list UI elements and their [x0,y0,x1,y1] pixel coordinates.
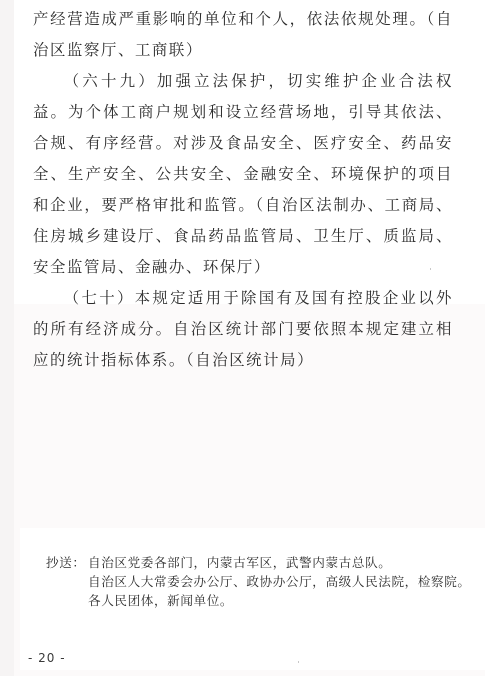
cc-line: 自治区党委各部门，内蒙古军区，武警内蒙古总队。 [88,553,471,572]
paragraph-continued: 产经营造成严重影响的单位和个人，依法依规处理。（自治区监察厅、工商联） [33,4,453,66]
document-body: 产经营造成严重影响的单位和个人，依法依规处理。（自治区监察厅、工商联） （六十九… [33,4,453,376]
paragraph-seventy: （七十）本规定适用于除国有及国有控股企业以外的所有经济成分。自治区统计部门要依照… [33,283,453,376]
paragraph-sixty-nine: （六十九）加强立法保护，切实维护企业合法权益。为个体工商户规划和设立经营场地，引… [33,66,453,283]
scan-speck [430,268,431,270]
cc-recipients: 自治区党委各部门，内蒙古军区，武警内蒙古总队。 自治区人大常委会办公厅、政协办公… [88,553,471,610]
cc-line: 各人民团体，新闻单位。 [88,591,471,610]
scan-margin [0,0,14,676]
cc-distribution-block: 抄送： 自治区党委各部门，内蒙古军区，武警内蒙古总队。 自治区人大常委会办公厅、… [46,553,471,610]
cc-line: 自治区人大常委会办公厅、政协办公厅，高级人民法院，检察院。 [88,572,471,591]
page-number: - 20 - [28,651,66,665]
scan-speck [298,661,299,663]
cc-label: 抄送： [46,553,88,610]
